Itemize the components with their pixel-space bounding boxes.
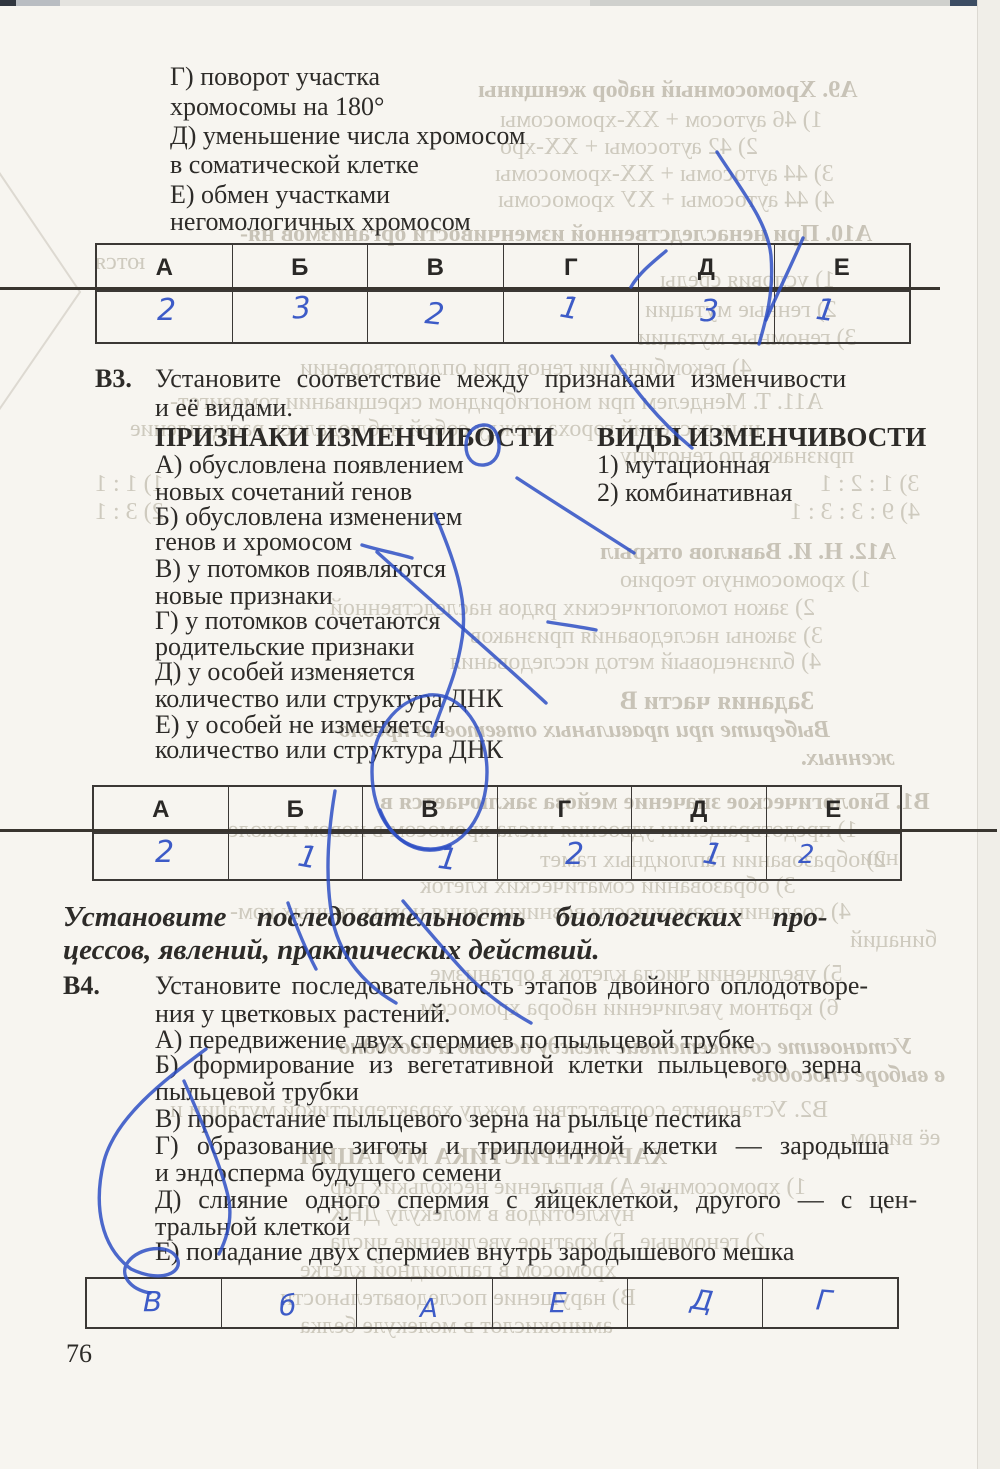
pen-circle-dnk-v-retrace (380, 810, 450, 850)
pen-tick-right (548, 622, 596, 630)
pen-arc-b4-left (99, 1049, 206, 1293)
pen-tick-hromosom (362, 545, 412, 558)
pen-stroke-table1-arc (631, 251, 666, 287)
pen-stroke-b4-diag (184, 1081, 230, 1254)
pen-stroke-table1-long (717, 152, 772, 344)
pen-stroke-b3-diag-cross (377, 552, 546, 703)
blue-pen-layer (0, 0, 1000, 1469)
pen-stroke-b3-diag-upper (612, 356, 692, 448)
pen-stroke-instr-diag (403, 901, 531, 1023)
scanned-workbook-page: А9. Хромосомный набор женщины1) 46 аутос… (0, 0, 1000, 1469)
pen-stroke-b3-diag-lower (517, 478, 634, 553)
page-number: 76 (66, 1341, 92, 1367)
pen-circle-izmenchivosti-o (466, 425, 499, 465)
pen-stroke-instr-short (288, 903, 316, 969)
